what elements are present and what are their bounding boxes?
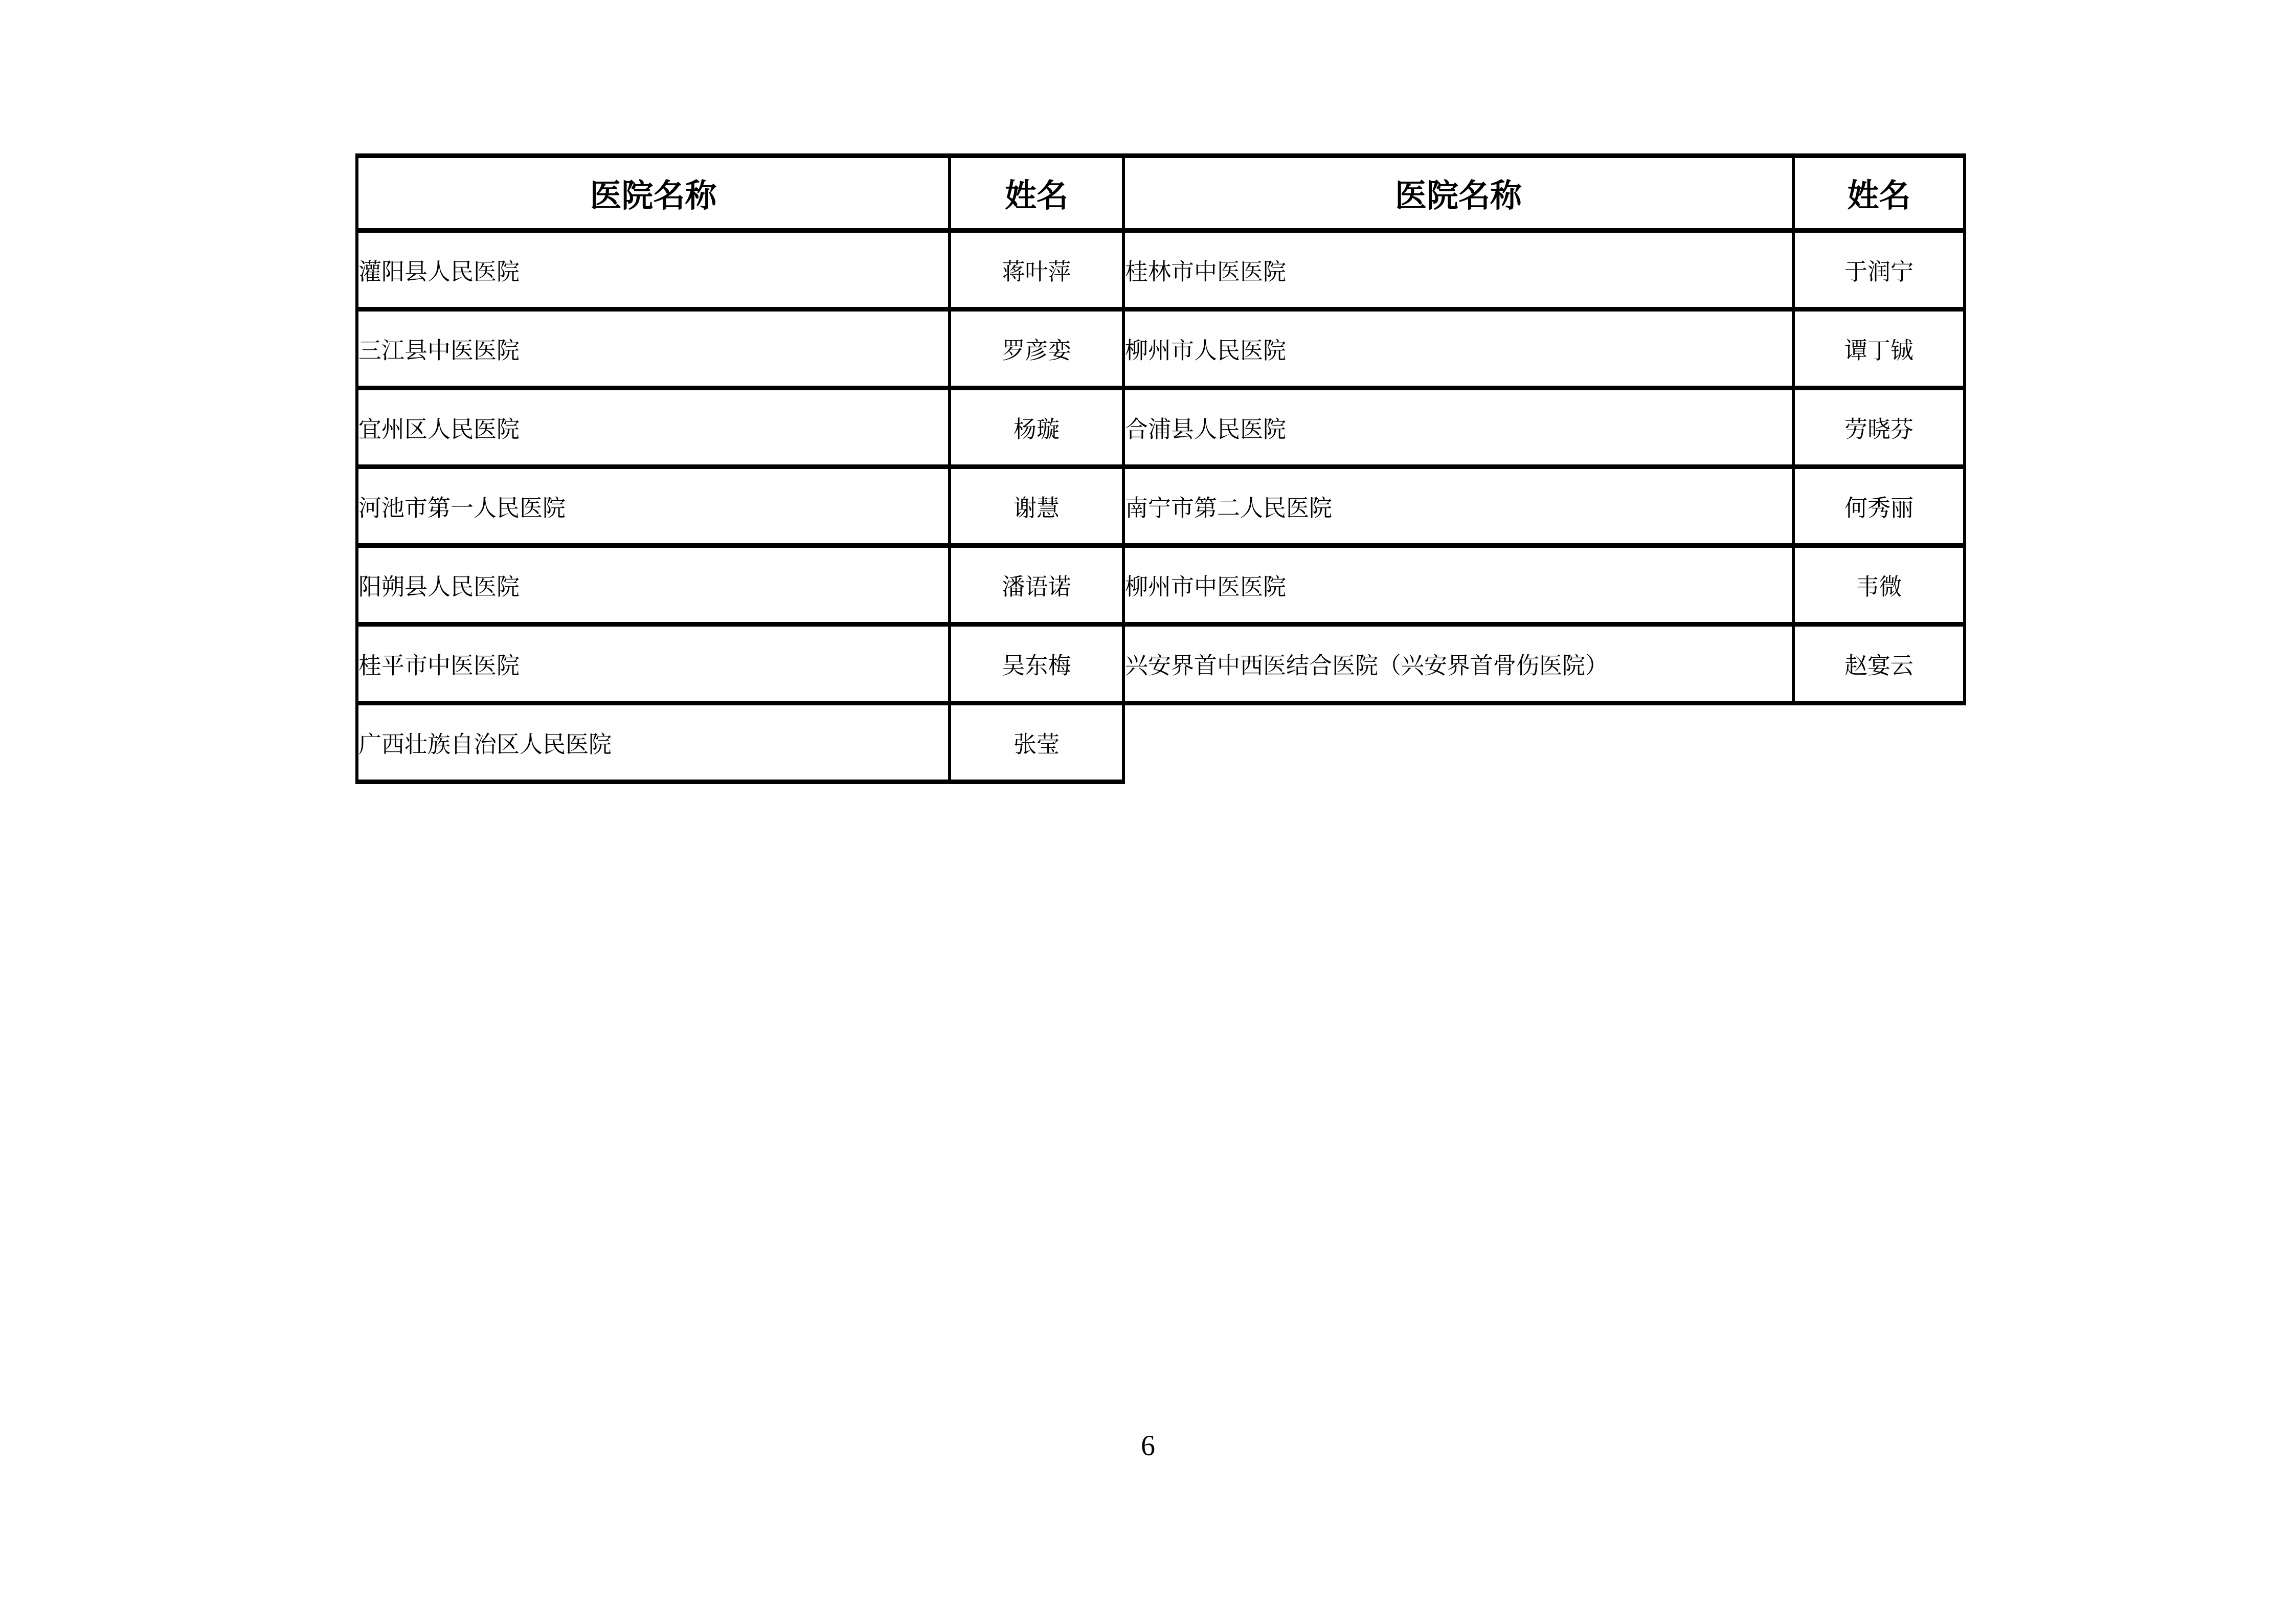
name-cell: 吴东梅 — [951, 627, 1125, 705]
name-cell: 罗彦娈 — [951, 312, 1125, 390]
name-cell: 何秀丽 — [1795, 469, 1966, 548]
table-row: 合浦县人民医院 劳晓芬 — [1125, 390, 1966, 469]
table-row: 桂平市中医医院 吴东梅 — [358, 627, 1125, 705]
hospital-cell: 合浦县人民医院 — [1125, 390, 1795, 469]
hospital-cell: 三江县中医医院 — [358, 312, 951, 390]
table-row: 宜州区人民医院 杨璇 — [358, 390, 1125, 469]
hospital-cell: 桂林市中医医院 — [1125, 233, 1795, 312]
hospital-cell: 河池市第一人民医院 — [358, 469, 951, 548]
name-cell: 蒋叶萍 — [951, 233, 1125, 312]
name-cell: 于润宁 — [1795, 233, 1966, 312]
hospital-name-header: 医院名称 — [358, 158, 951, 233]
hospital-cell: 南宁市第二人民医院 — [1125, 469, 1795, 548]
document-page: 医院名称 姓名 灌阳县人民医院 蒋叶萍 三江县中医医院 罗彦娈 宜州区人民医院 … — [0, 0, 2296, 1624]
name-cell: 潘语诺 — [951, 548, 1125, 627]
hospital-name-header: 医院名称 — [1125, 158, 1795, 233]
table-row: 南宁市第二人民医院 何秀丽 — [1125, 469, 1966, 548]
name-cell: 谢慧 — [951, 469, 1125, 548]
table-row: 广西壮族自治区人民医院 张莹 — [358, 705, 1125, 784]
table-row: 灌阳县人民医院 蒋叶萍 — [358, 233, 1125, 312]
name-cell: 赵宴云 — [1795, 627, 1966, 705]
hospital-cell: 灌阳县人民医院 — [358, 233, 951, 312]
name-cell: 张莹 — [951, 705, 1125, 784]
hospital-cell: 广西壮族自治区人民医院 — [358, 705, 951, 784]
name-cell: 劳晓芬 — [1795, 390, 1966, 469]
person-name-header: 姓名 — [1795, 158, 1966, 233]
hospital-cell: 柳州市中医医院 — [1125, 548, 1795, 627]
table-row: 柳州市人民医院 谭丁铖 — [1125, 312, 1966, 390]
table-row: 河池市第一人民医院 谢慧 — [358, 469, 1125, 548]
name-cell: 谭丁铖 — [1795, 312, 1966, 390]
table-header-row: 医院名称 姓名 — [358, 158, 1125, 233]
hospital-cell: 兴安界首中西医结合医院（兴安界首骨伤医院） — [1125, 627, 1795, 705]
hospital-cell: 桂平市中医医院 — [358, 627, 951, 705]
name-cell: 韦微 — [1795, 548, 1966, 627]
hospital-cell: 宜州区人民医院 — [358, 390, 951, 469]
roster-table-left: 医院名称 姓名 灌阳县人民医院 蒋叶萍 三江县中医医院 罗彦娈 宜州区人民医院 … — [355, 153, 1125, 784]
table-row: 阳朔县人民医院 潘语诺 — [358, 548, 1125, 627]
hospital-cell: 阳朔县人民医院 — [358, 548, 951, 627]
table-row: 三江县中医医院 罗彦娈 — [358, 312, 1125, 390]
table-header-row: 医院名称 姓名 — [1125, 158, 1966, 233]
table-row: 柳州市中医医院 韦微 — [1125, 548, 1966, 627]
hospital-cell: 柳州市人民医院 — [1125, 312, 1795, 390]
page-number: 6 — [0, 1430, 2296, 1462]
table-row: 桂林市中医医院 于润宁 — [1125, 233, 1966, 312]
table-row: 兴安界首中西医结合医院（兴安界首骨伤医院） 赵宴云 — [1125, 627, 1966, 705]
name-cell: 杨璇 — [951, 390, 1125, 469]
roster-table-right: 医院名称 姓名 桂林市中医医院 于润宁 柳州市人民医院 谭丁铖 合浦县人民医院 … — [1125, 153, 1966, 705]
person-name-header: 姓名 — [951, 158, 1125, 233]
